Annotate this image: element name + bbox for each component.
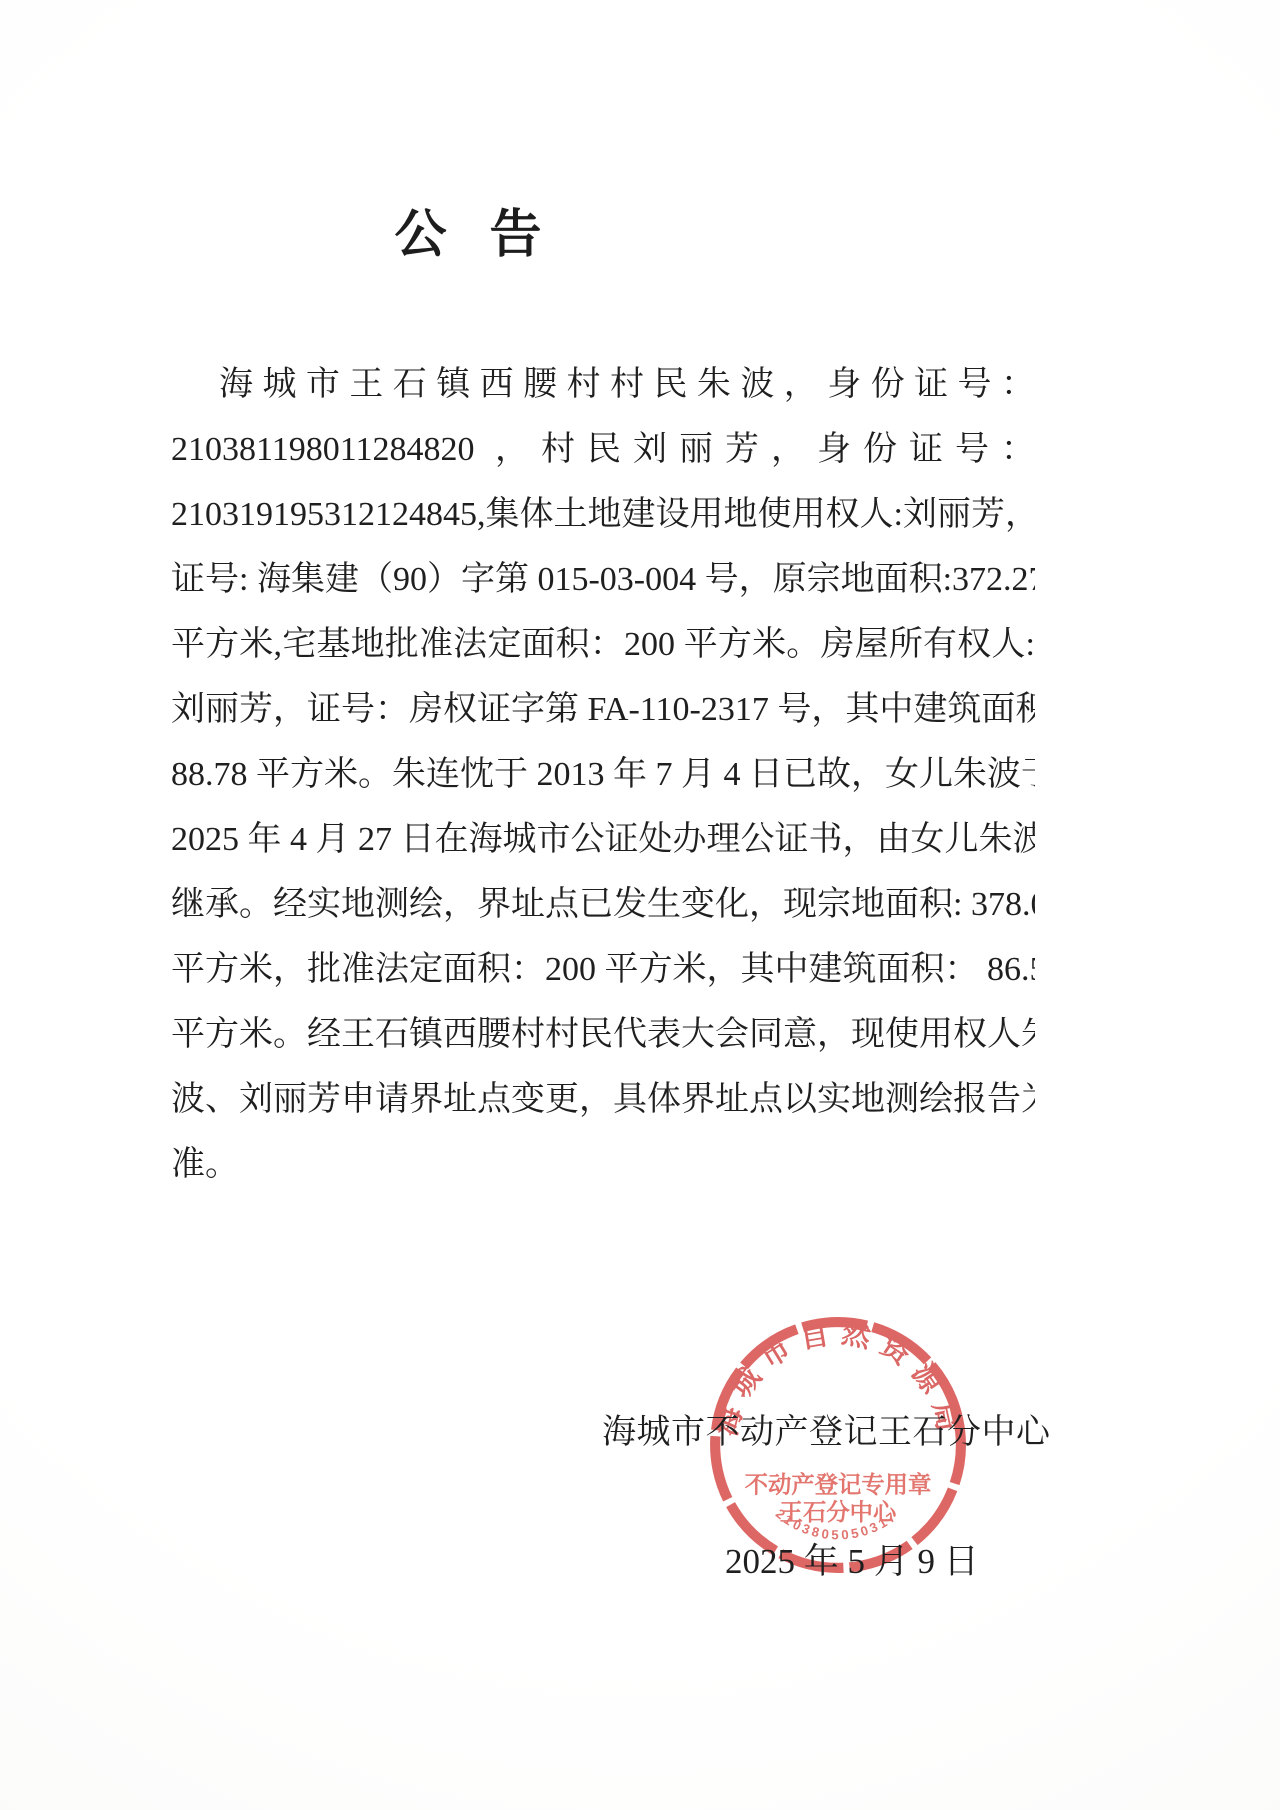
- body-line: 210381198011284820 ，村民刘丽芳，身份证号：: [171, 417, 1035, 482]
- issuer-signature: 海城市不动产登记王石分中心: [602, 1404, 1051, 1453]
- body-line: 刘丽芳，证号：房权证字第 FA-110-2317 号，其中建筑面积:: [171, 677, 1035, 742]
- body-line: 平方米,宅基地批准法定面积：200 平方米。房屋所有权人:: [171, 612, 1035, 677]
- scanned-notice-page: 公 告 海城市王石镇西腰村村民朱波，身份证号：21038119801128482…: [0, 0, 1280, 1810]
- body-line: 平方米。经王石镇西腰村村民代表大会同意，现使用权人朱: [171, 1002, 1035, 1067]
- body-line: 证号: 海集建（90）字第 015-03-004 号，原宗地面积:372.27: [171, 547, 1035, 612]
- body-text: 海城市王石镇西腰村村民朱波，身份证号：210381198011284820 ，村…: [171, 352, 1035, 1197]
- issue-date: 2025 年 5 月 9 日: [725, 1534, 979, 1584]
- stamp-center-line1: 不动产登记专用章: [745, 1471, 932, 1498]
- body-line: 88.78 平方米。朱连忱于 2013 年 7 月 4 日已故，女儿朱波于: [171, 742, 1035, 807]
- body-line: 2025 年 4 月 27 日在海城市公证处办理公证书，由女儿朱波: [171, 807, 1035, 872]
- body-line: 平方米，批准法定面积：200 平方米，其中建筑面积： 86.51: [171, 937, 1035, 1002]
- body-line: 准。: [171, 1132, 1035, 1197]
- page-title: 公 告: [171, 192, 771, 267]
- body-line: 继承。经实地测绘，界址点已发生变化，现宗地面积: 378.08: [171, 872, 1035, 937]
- body-line: 波、刘丽芳申请界址点变更，具体界址点以实地测绘报告为: [171, 1067, 1035, 1132]
- body-line: 210319195312124845,集体土地建设用地使用权人:刘丽芳，: [171, 482, 1035, 547]
- body-line: 海城市王石镇西腰村村民朱波，身份证号：: [171, 352, 1035, 417]
